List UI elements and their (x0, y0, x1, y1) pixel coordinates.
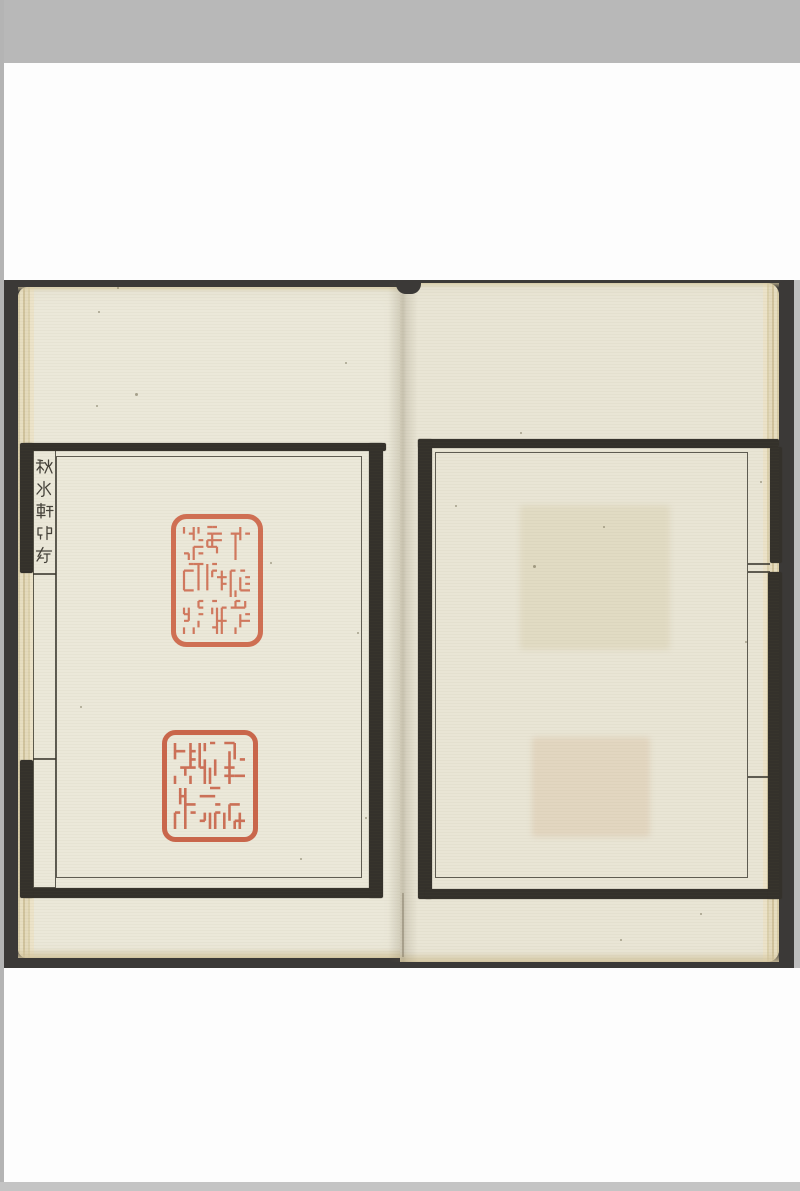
foxing-speck (345, 362, 347, 364)
right-page-top-edge (400, 283, 779, 288)
viewer-right-edge-strip (794, 280, 800, 968)
foxing-speck (533, 565, 536, 568)
viewer-top-band (0, 0, 800, 63)
lower-seal-impression (161, 729, 259, 843)
margin-title-char-5 (37, 548, 52, 563)
margin-title-char-2 (37, 482, 51, 497)
foxing-speck (80, 706, 82, 708)
foxing-speck (300, 858, 302, 860)
scanned-book-viewer (0, 0, 800, 1191)
right-frame-right-border-lower (768, 572, 782, 899)
right-margin-column-divider (748, 563, 770, 565)
left-frame-right-border (369, 443, 383, 898)
foxing-speck (270, 562, 272, 564)
viewer-left-edge-strip (0, 0, 4, 1191)
viewer-bottom-band (0, 1182, 800, 1191)
left-page-bottom-edge (18, 948, 400, 958)
right-margin-column-divider (748, 571, 770, 573)
right-frame-bottom-border (425, 889, 779, 899)
foxing-speck (135, 393, 138, 396)
margin-title-char-1 (37, 460, 53, 473)
foxing-speck (700, 913, 702, 915)
right-page-bottom-edge (400, 952, 779, 962)
foxing-speck (603, 526, 605, 528)
foxing-speck (455, 505, 457, 507)
foxing-speck (96, 405, 98, 407)
margin-column-divider (33, 758, 56, 760)
right-page (400, 283, 779, 962)
right-margin-column-divider (748, 776, 770, 778)
margin-column-divider (33, 573, 56, 575)
foxing-speck (365, 817, 367, 819)
foxing-speck (98, 311, 100, 313)
margin-title (35, 458, 54, 570)
foxing-speck (745, 641, 747, 643)
right-frame-right-border-upper (770, 447, 782, 563)
gutter-crease (402, 893, 404, 957)
left-frame-top-border (24, 443, 386, 451)
right-frame-top-border (418, 439, 779, 448)
left-page (18, 287, 400, 958)
left-frame-left-border-upper (20, 443, 33, 573)
foxing-speck (620, 939, 622, 941)
left-frame-bottom-border (24, 888, 382, 898)
foxing-speck (357, 632, 359, 634)
foxing-speck (117, 287, 119, 289)
foxing-speck (520, 432, 522, 434)
right-frame-inner-border (435, 452, 748, 878)
margin-title-char-4 (38, 527, 52, 540)
margin-title-char-3 (37, 504, 53, 519)
right-frame-left-border (418, 439, 432, 899)
left-frame-left-border-lower (20, 760, 33, 898)
foxing-speck (760, 481, 762, 483)
left-page-top-edge (18, 287, 400, 292)
upper-seal-impression (170, 513, 264, 648)
